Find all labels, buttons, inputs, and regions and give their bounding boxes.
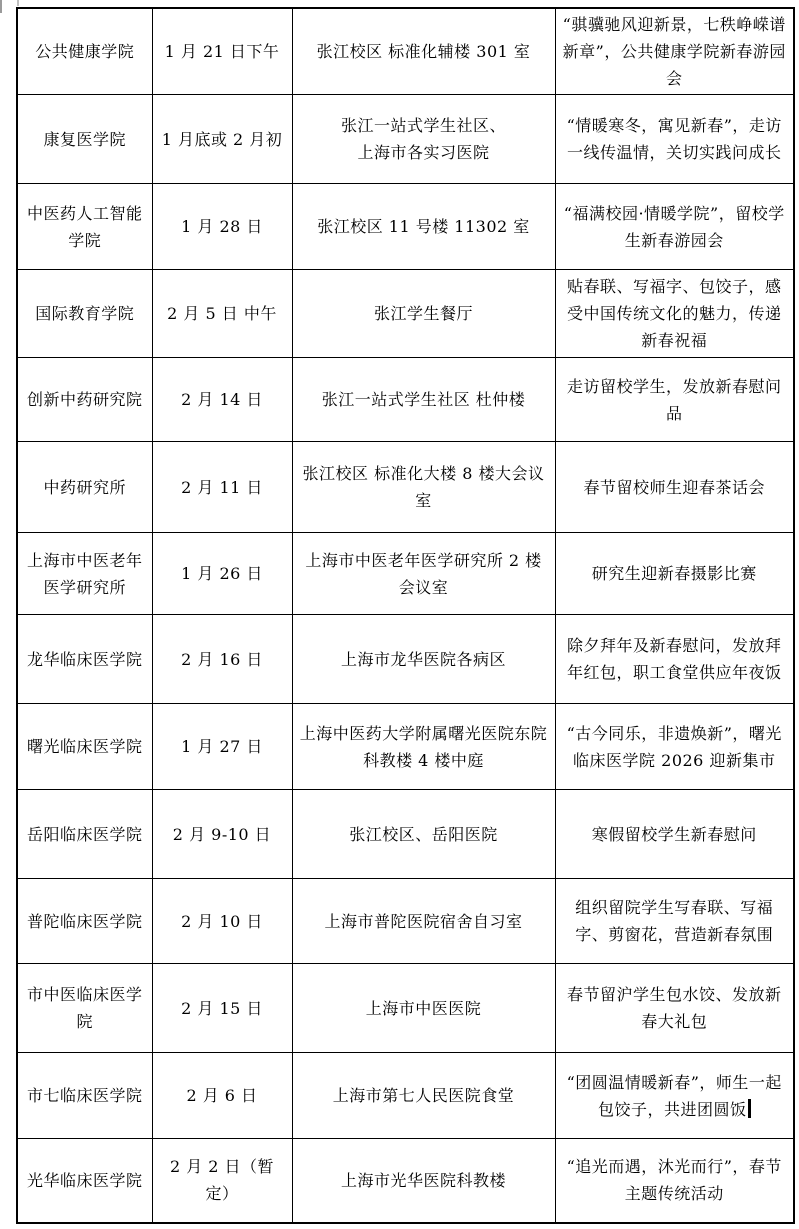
event-date: 2 月 15 日 — [181, 999, 263, 1018]
event-date: 2 月 6 日 — [186, 1086, 257, 1105]
event-date: 1 月 28 日 — [181, 217, 263, 236]
college-name: 中医药人工智能学院 — [27, 204, 143, 250]
activity-description: 寒假留校学生新春慰问 — [592, 825, 757, 844]
activity-cell[interactable]: 除夕拜年及新春慰问，发放拜年红包，职工食堂供应年夜饭 — [555, 615, 794, 704]
activity-description: “骐骥驰风迎新景，七秩峥嵘谱新章”，公共健康学院新春游园会 — [563, 15, 786, 88]
date-cell[interactable]: 2 月 11 日 — [152, 442, 292, 533]
activity-cell[interactable]: 寒假留校学生新春慰问 — [555, 790, 794, 879]
college-cell[interactable]: 中医药人工智能学院 — [17, 184, 152, 270]
table-row: 市中医临床医学院 2 月 15 日 上海市中医医院 春节留沪学生包水饺、发放新春… — [17, 964, 794, 1053]
college-cell[interactable]: 国际教育学院 — [17, 270, 152, 358]
activity-description: “情暖寒冬，寓见新春”，走访一线传温情，关切实践问成长 — [567, 116, 782, 162]
activity-description: 研究生迎新春摄影比赛 — [592, 564, 757, 583]
college-cell[interactable]: 上海市中医老年医学研究所 — [17, 533, 152, 615]
activity-cell[interactable]: “骐骥驰风迎新景，七秩峥嵘谱新章”，公共健康学院新春游园会 — [555, 8, 794, 95]
activity-cell[interactable]: “情暖寒冬，寓见新春”，走访一线传温情，关切实践问成长 — [555, 95, 794, 184]
college-name: 国际教育学院 — [35, 304, 134, 323]
event-date: 2 月 11 日 — [181, 478, 263, 497]
date-cell[interactable]: 1 月 26 日 — [152, 533, 292, 615]
event-location: 张江校区 标准化大楼 8 楼大会议室 — [303, 464, 545, 510]
event-date: 2 月 9-10 日 — [173, 825, 271, 844]
location-cell[interactable]: 张江学生餐厅 — [292, 270, 555, 358]
college-name: 光华临床医学院 — [27, 1171, 143, 1190]
activity-description: 除夕拜年及新春慰问，发放拜年红包，职工食堂供应年夜饭 — [567, 636, 782, 682]
table-row: 市七临床医学院 2 月 6 日 上海市第七人民医院食堂 “团圆温情暖新春”，师生… — [17, 1053, 794, 1139]
college-name: 市中医临床医学院 — [27, 985, 143, 1031]
event-location: 张江学生餐厅 — [374, 304, 473, 323]
activity-cell[interactable]: “团圆温情暖新春”，师生一起包饺子，共进团圆饭 — [555, 1053, 794, 1139]
location-cell[interactable]: 上海市普陀医院宿舍自习室 — [292, 879, 555, 964]
college-cell[interactable]: 康复医学院 — [17, 95, 152, 184]
date-cell[interactable]: 2 月 6 日 — [152, 1053, 292, 1139]
activity-cell[interactable]: “追光而遇，沐光而行”，春节主题传统活动 — [555, 1139, 794, 1223]
college-name: 曙光临床医学院 — [27, 737, 143, 756]
college-cell[interactable]: 中药研究所 — [17, 442, 152, 533]
date-cell[interactable]: 2 月 5 日 中午 — [152, 270, 292, 358]
activity-description: 春节留沪学生包水饺、发放新春大礼包 — [567, 985, 782, 1031]
college-cell[interactable]: 龙华临床医学院 — [17, 615, 152, 704]
location-cell[interactable]: 张江一站式学生社区 杜仲楼 — [292, 358, 555, 442]
location-cell[interactable]: 张江校区 11 号楼 11302 室 — [292, 184, 555, 270]
activity-cell[interactable]: 走访留校学生，发放新春慰问品 — [555, 358, 794, 442]
event-location: 张江校区 11 号楼 11302 室 — [317, 217, 530, 236]
activity-cell[interactable]: 春节留校师生迎春茶话会 — [555, 442, 794, 533]
location-cell[interactable]: 上海市光华医院科教楼 — [292, 1139, 555, 1223]
event-location: 上海市龙华医院各病区 — [341, 650, 506, 669]
date-cell[interactable]: 1 月 27 日 — [152, 704, 292, 790]
table-row: 光华临床医学院 2 月 2 日（暂定） 上海市光华医院科教楼 “追光而遇，沐光而… — [17, 1139, 794, 1223]
table-row: 创新中药研究院 2 月 14 日 张江一站式学生社区 杜仲楼 走访留校学生，发放… — [17, 358, 794, 442]
event-location: 上海市第七人民医院食堂 — [333, 1086, 515, 1105]
college-name: 普陀临床医学院 — [27, 912, 143, 931]
activity-description: 贴春联、写福字、包饺子，感受中国传统文化的魅力，传递新春祝福 — [567, 277, 782, 350]
college-cell[interactable]: 普陀临床医学院 — [17, 879, 152, 964]
college-cell[interactable]: 市中医临床医学院 — [17, 964, 152, 1053]
spring-festival-activities-table: 公共健康学院 1 月 21 日下午 张江校区 标准化辅楼 301 室 “骐骥驰风… — [16, 7, 795, 1224]
event-date: 2 月 10 日 — [181, 912, 263, 931]
event-location: 张江校区、岳阳医院 — [349, 825, 498, 844]
event-location: 上海市光华医院科教楼 — [341, 1171, 506, 1190]
activity-cell[interactable]: “古今同乐，非遗焕新”，曙光临床医学院 2026 迎新集市 — [555, 704, 794, 790]
table-row: 普陀临床医学院 2 月 10 日 上海市普陀医院宿舍自习室 组织留院学生写春联、… — [17, 879, 794, 964]
activity-description: “追光而遇，沐光而行”，春节主题传统活动 — [567, 1157, 782, 1203]
event-date: 1 月 21 日下午 — [165, 42, 280, 61]
location-cell[interactable]: 上海市第七人民医院食堂 — [292, 1053, 555, 1139]
event-location: 上海市普陀医院宿舍自习室 — [324, 912, 522, 931]
location-cell[interactable]: 上海市中医老年医学研究所 2 楼会议室 — [292, 533, 555, 615]
activity-cell[interactable]: 春节留沪学生包水饺、发放新春大礼包 — [555, 964, 794, 1053]
date-cell[interactable]: 1 月底或 2 月初 — [152, 95, 292, 184]
college-name: 公共健康学院 — [35, 42, 134, 61]
college-cell[interactable]: 市七临床医学院 — [17, 1053, 152, 1139]
date-cell[interactable]: 1 月 28 日 — [152, 184, 292, 270]
date-cell[interactable]: 2 月 16 日 — [152, 615, 292, 704]
activity-cell[interactable]: 组织留院学生写春联、写福字、剪窗花，营造新春氛围 — [555, 879, 794, 964]
event-date: 2 月 2 日（暂定） — [170, 1157, 274, 1203]
location-cell[interactable]: 上海中医药大学附属曙光医院东院科教楼 4 楼中庭 — [292, 704, 555, 790]
table-row: 康复医学院 1 月底或 2 月初 张江一站式学生社区、 上海市各实习医院 “情暖… — [17, 95, 794, 184]
college-name: 中药研究所 — [43, 478, 126, 497]
event-location: 张江一站式学生社区、 上海市各实习医院 — [341, 116, 506, 162]
location-cell[interactable]: 张江校区、岳阳医院 — [292, 790, 555, 879]
page-edge-artifact — [0, 0, 2, 13]
activity-description: 走访留校学生，发放新春慰问品 — [567, 377, 782, 423]
event-date: 1 月 27 日 — [181, 737, 263, 756]
event-location: 张江校区 标准化辅楼 301 室 — [317, 42, 531, 61]
activity-description: 组织留院学生写春联、写福字、剪窗花，营造新春氛围 — [575, 898, 773, 944]
location-cell[interactable]: 张江校区 标准化辅楼 301 室 — [292, 8, 555, 95]
date-cell[interactable]: 2 月 15 日 — [152, 964, 292, 1053]
table-row: 上海市中医老年医学研究所 1 月 26 日 上海市中医老年医学研究所 2 楼会议… — [17, 533, 794, 615]
location-cell[interactable]: 上海市中医医院 — [292, 964, 555, 1053]
college-name: 康复医学院 — [43, 130, 126, 149]
event-location: 上海中医药大学附属曙光医院东院科教楼 4 楼中庭 — [300, 724, 548, 770]
date-cell[interactable]: 2 月 2 日（暂定） — [152, 1139, 292, 1223]
table-row: 龙华临床医学院 2 月 16 日 上海市龙华医院各病区 除夕拜年及新春慰问，发放… — [17, 615, 794, 704]
college-name: 创新中药研究院 — [27, 390, 143, 409]
table-row: 国际教育学院 2 月 5 日 中午 张江学生餐厅 贴春联、写福字、包饺子，感受中… — [17, 270, 794, 358]
activity-cell[interactable]: “福满校园·情暖学院”，留校学生新春游园会 — [555, 184, 794, 270]
document-page: { "page": { "background": "#ffffff", "ta… — [0, 0, 799, 1229]
college-cell[interactable]: 光华临床医学院 — [17, 1139, 152, 1223]
activity-description: “古今同乐，非遗焕新”，曙光临床医学院 2026 迎新集市 — [567, 724, 782, 770]
date-cell[interactable]: 2 月 9-10 日 — [152, 790, 292, 879]
event-date: 2 月 5 日 中午 — [167, 304, 277, 323]
event-location: 上海市中医医院 — [366, 999, 482, 1018]
college-cell[interactable]: 岳阳临床医学院 — [17, 790, 152, 879]
event-date: 1 月底或 2 月初 — [162, 130, 283, 149]
event-location: 上海市中医老年医学研究所 2 楼会议室 — [305, 551, 541, 597]
college-name: 上海市中医老年医学研究所 — [27, 551, 143, 597]
table-row: 公共健康学院 1 月 21 日下午 张江校区 标准化辅楼 301 室 “骐骥驰风… — [17, 8, 794, 95]
college-cell[interactable]: 公共健康学院 — [17, 8, 152, 95]
text-cursor — [748, 1099, 751, 1118]
date-cell[interactable]: 2 月 14 日 — [152, 358, 292, 442]
location-cell[interactable]: 张江一站式学生社区、 上海市各实习医院 — [292, 95, 555, 184]
table-row: 中药研究所 2 月 11 日 张江校区 标准化大楼 8 楼大会议室 春节留校师生… — [17, 442, 794, 533]
page-edge-artifact — [17, 0, 19, 6]
location-cell[interactable]: 上海市龙华医院各病区 — [292, 615, 555, 704]
event-date: 2 月 14 日 — [181, 390, 263, 409]
college-name: 龙华临床医学院 — [27, 650, 143, 669]
date-cell[interactable]: 2 月 10 日 — [152, 879, 292, 964]
table-row: 曙光临床医学院 1 月 27 日 上海中医药大学附属曙光医院东院科教楼 4 楼中… — [17, 704, 794, 790]
date-cell[interactable]: 1 月 21 日下午 — [152, 8, 292, 95]
college-cell[interactable]: 创新中药研究院 — [17, 358, 152, 442]
location-cell[interactable]: 张江校区 标准化大楼 8 楼大会议室 — [292, 442, 555, 533]
college-name: 岳阳临床医学院 — [27, 825, 143, 844]
event-date: 2 月 16 日 — [181, 650, 263, 669]
activity-cell[interactable]: 研究生迎新春摄影比赛 — [555, 533, 794, 615]
table-body: 公共健康学院 1 月 21 日下午 张江校区 标准化辅楼 301 室 “骐骥驰风… — [17, 8, 794, 1223]
college-cell[interactable]: 曙光临床医学院 — [17, 704, 152, 790]
table-row: 中医药人工智能学院 1 月 28 日 张江校区 11 号楼 11302 室 “福… — [17, 184, 794, 270]
activity-description: “福满校园·情暖学院”，留校学生新春游园会 — [564, 204, 785, 250]
activity-cell[interactable]: 贴春联、写福字、包饺子，感受中国传统文化的魅力，传递新春祝福 — [555, 270, 794, 358]
college-name: 市七临床医学院 — [27, 1086, 143, 1105]
activity-description: 春节留校师生迎春茶话会 — [583, 478, 765, 497]
table-row: 岳阳临床医学院 2 月 9-10 日 张江校区、岳阳医院 寒假留校学生新春慰问 — [17, 790, 794, 879]
event-location: 张江一站式学生社区 杜仲楼 — [322, 390, 526, 409]
event-date: 1 月 26 日 — [181, 564, 263, 583]
